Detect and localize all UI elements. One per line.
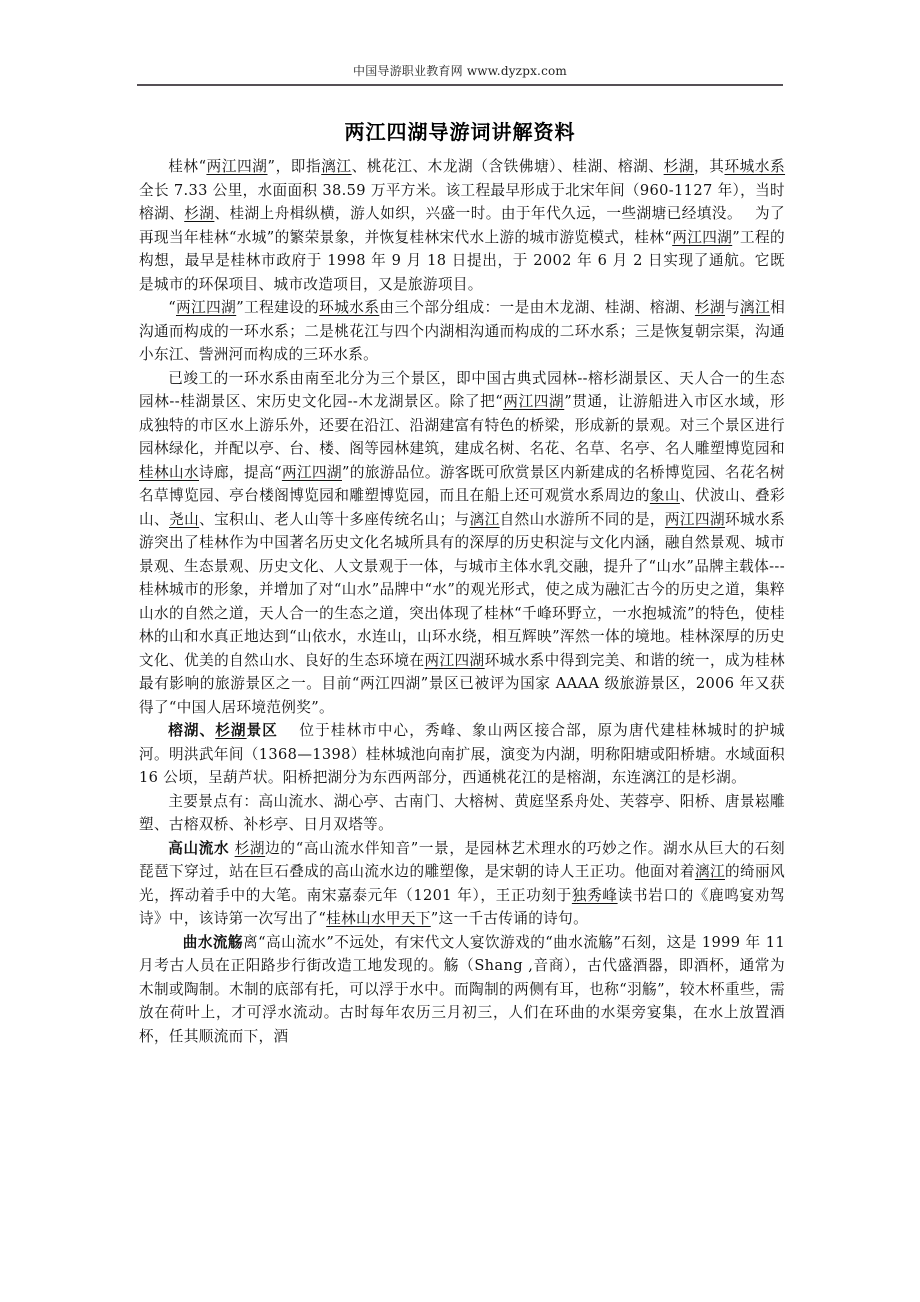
underlined-term: 杉湖 bbox=[664, 158, 694, 175]
text-run: 与 bbox=[725, 299, 740, 316]
bold-heading-run: 榕湖、 bbox=[168, 722, 215, 739]
bold-heading-run: 杉湖 bbox=[215, 722, 246, 739]
text-run: ”，即指 bbox=[268, 158, 322, 175]
underlined-term: 甲天下 bbox=[386, 910, 431, 927]
underlined-term: 尧山 bbox=[169, 511, 199, 528]
paragraph-water-system: “两江四湖”工程建设的环城水系由三个部分组成：一是由木龙湖、桂湖、榕湖、杉湖与漓… bbox=[139, 296, 785, 367]
underlined-term: 杉湖 bbox=[184, 205, 214, 222]
underlined-term: 两江四湖 bbox=[665, 511, 725, 528]
underlined-term: 杉湖 bbox=[695, 299, 725, 316]
underlined-term: 漓江 bbox=[740, 299, 770, 316]
underlined-term: 漓江 bbox=[695, 863, 725, 880]
bold-heading-run: 曲水流觞 bbox=[183, 934, 243, 951]
paragraph-intro: 桂林“两江四湖”，即指漓江、桃花江、木龙湖（含铁佛塘）、桂湖、榕湖、杉湖，其环城… bbox=[139, 155, 785, 296]
document-page: 中国导游职业教育网 www.dyzpx.com 两江四湖导游词讲解资料 桂林“两… bbox=[0, 0, 920, 1302]
text-run: 自然山水游所不同的是， bbox=[500, 511, 665, 528]
underlined-term: 两江四湖 bbox=[176, 299, 236, 316]
document-body: 桂林“两江四湖”，即指漓江、桃花江、木龙湖（含铁佛塘）、桂湖、榕湖、杉湖，其环城… bbox=[139, 155, 785, 1048]
paragraph-qushui-liushang: 曲水流觞离“高山流水”不远处，有宋代文人宴饮游戏的“曲水流觞”石刻，这是 199… bbox=[139, 931, 785, 1049]
underlined-term: 两江四湖 bbox=[282, 464, 342, 481]
text-run: ”工程建设的 bbox=[236, 299, 319, 316]
paragraph-main-attractions: 主要景点有：高山流水、湖心亭、古南门、大榕树、黄庭坚系舟处、芙蓉亭、阳桥、唐景崧… bbox=[139, 790, 785, 837]
bold-heading-run: 高山流水 bbox=[168, 840, 229, 857]
text-run: 诗廊，提高“ bbox=[199, 464, 282, 481]
text-run: 环城水系游突出了桂林作为中国著名历史文化名城所具有的深厚的历史积淀与文化内涵，融… bbox=[139, 511, 785, 669]
text-run: 、桃花江、木龙湖（含铁佛塘）、桂湖、榕湖、 bbox=[352, 158, 664, 175]
underlined-term: 两江四湖 bbox=[206, 158, 267, 175]
underlined-term: 杉湖 bbox=[235, 840, 266, 857]
underlined-term: 环城水系 bbox=[319, 299, 379, 316]
text-run: 由三个部分组成：一是由木龙湖、桂湖、榕湖、 bbox=[379, 299, 695, 316]
text-run: 桂林“ bbox=[168, 158, 206, 175]
bold-heading-run: 景区 bbox=[247, 722, 278, 739]
underlined-term: 漓江 bbox=[470, 511, 500, 528]
text-run: “ bbox=[168, 299, 176, 316]
underlined-term: 独秀峰 bbox=[572, 887, 618, 904]
underlined-term: 两江四湖 bbox=[672, 229, 732, 246]
underlined-term: 象山 bbox=[650, 487, 680, 504]
underlined-term: 漓江 bbox=[321, 158, 351, 175]
paragraph-rong-shan-lakes: 榕湖、杉湖景区 位于桂林市中心，秀峰、象山两区接合部，原为唐代建桂林城时的护城河… bbox=[139, 719, 785, 790]
underlined-term: 两江四湖 bbox=[424, 652, 484, 669]
document-title: 两江四湖导游词讲解资料 bbox=[137, 118, 783, 146]
underlined-term: 环城水系 bbox=[724, 158, 785, 175]
paragraph-gaoshan-liushui: 高山流水 杉湖边的“高山流水伴知音”一景，是园林艺术理水的巧妙之作。湖水从巨大的… bbox=[139, 837, 785, 931]
header-divider bbox=[137, 84, 783, 86]
text-run: ”这一千古传诵的诗句。 bbox=[431, 910, 588, 927]
paragraph-first-ring-scenic-areas: 已竣工的一环水系由南至北分为三个景区，即中国古典式园林--榕杉湖景区、天人合一的… bbox=[139, 367, 785, 720]
underlined-term: 两江四湖 bbox=[503, 393, 564, 410]
underlined-term: 桂林山水 bbox=[139, 464, 199, 481]
underlined-term: 桂林山水 bbox=[326, 910, 386, 927]
page-header-site-line: 中国导游职业教育网 www.dyzpx.com bbox=[137, 63, 783, 79]
text-run: 主要景点有：高山流水、湖心亭、古南门、大榕树、黄庭坚系舟处、芙蓉亭、阳桥、唐景崧… bbox=[139, 793, 785, 834]
text-run: ，其 bbox=[694, 158, 724, 175]
text-run: 、宝积山、老人山等十多座传统名山；与 bbox=[199, 511, 469, 528]
